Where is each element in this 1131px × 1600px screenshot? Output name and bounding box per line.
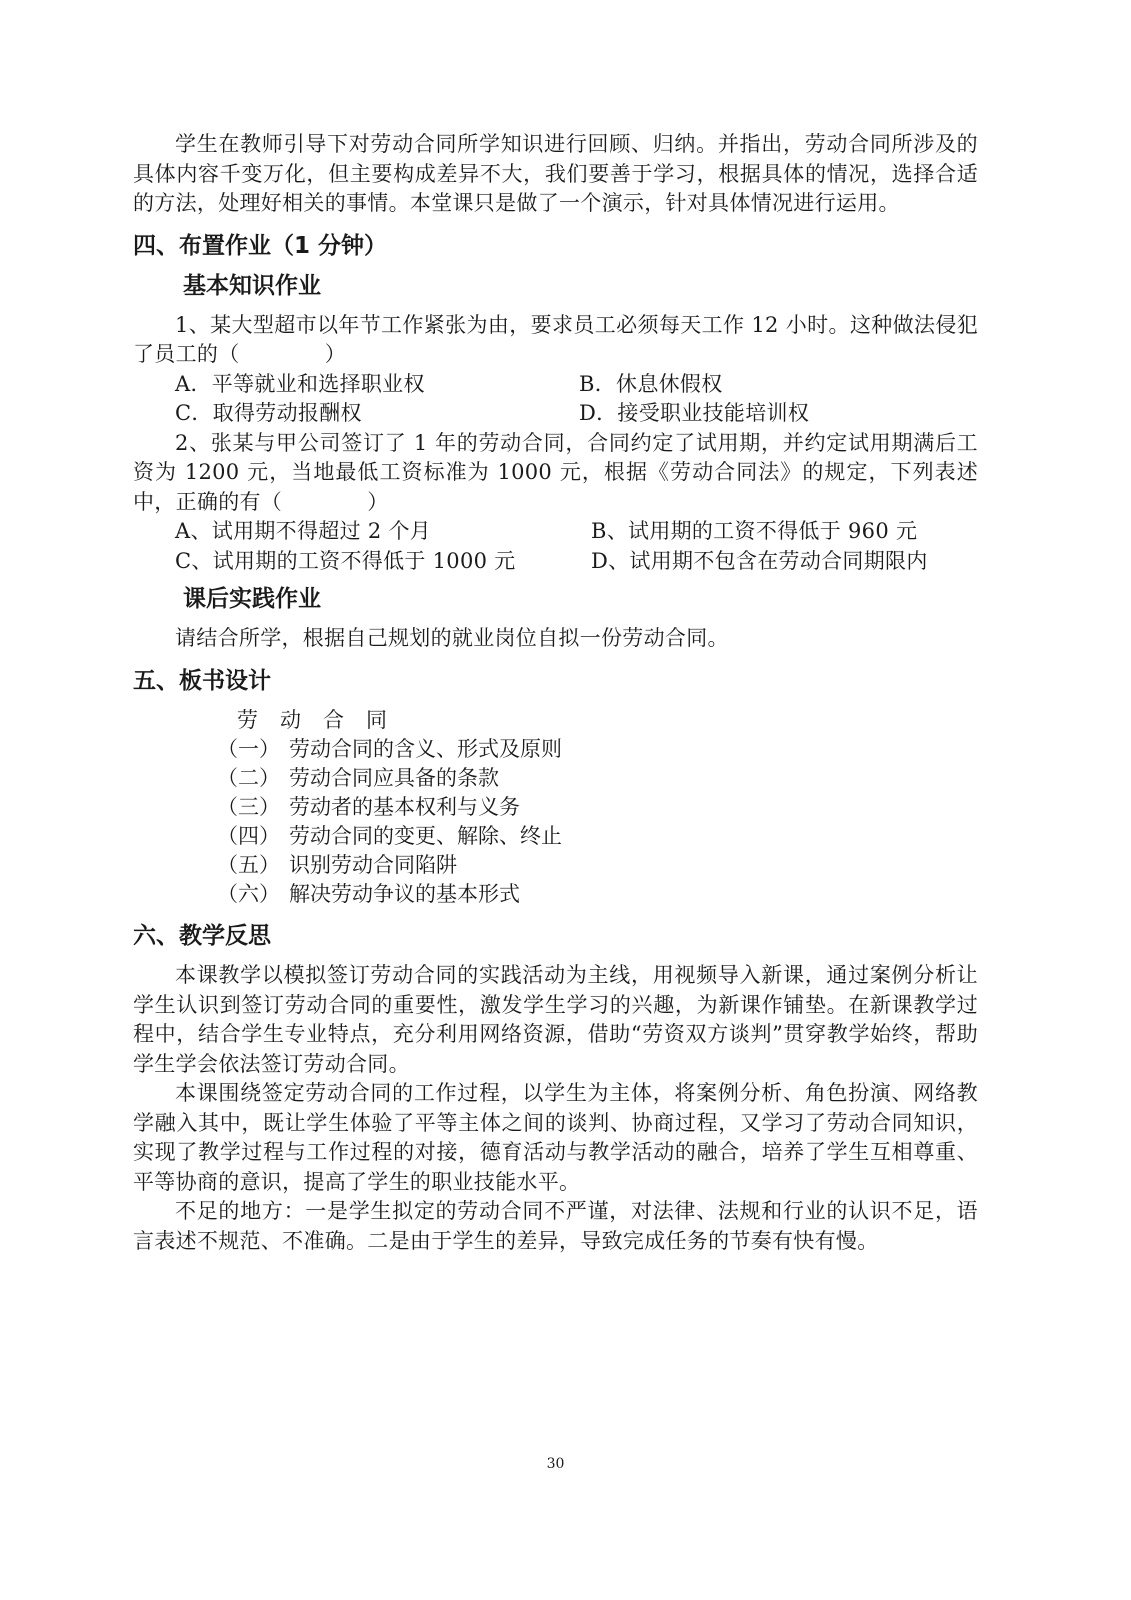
page-number: 30: [0, 1456, 1111, 1472]
board-item-number: （六）: [217, 880, 289, 909]
question-2-option-a: A、试用期不得超过 2 个月: [175, 517, 591, 547]
question-2-options: A、试用期不得超过 2 个月 B、试用期的工资不得低于 960 元 C、试用期的…: [133, 517, 978, 576]
question-2-option-d: D、试用期不包含在劳动合同期限内: [591, 547, 978, 577]
reflection-paragraph-3: 不足的地方：一是学生拟定的劳动合同不严谨，对法律、法规和行业的认识不足，语言表述…: [133, 1197, 978, 1256]
board-item-text: 识别劳动合同陷阱: [289, 851, 457, 880]
board-item-text: 劳动合同的含义、形式及原则: [289, 735, 562, 764]
board-item: （五） 识别劳动合同陷阱: [217, 851, 978, 880]
question-1-option-b: B．休息休假权: [579, 370, 978, 400]
document-page: 学生在教师引导下对劳动合同所学知识进行回顾、归纳。并指出，劳动合同所涉及的具体内…: [133, 130, 978, 1256]
board-item-number: （四）: [217, 822, 289, 851]
board-item-text: 劳动合同的变更、解除、终止: [289, 822, 562, 851]
question-1-option-c: C．取得劳动报酬权: [175, 399, 579, 429]
question-1-options: A．平等就业和选择职业权 B．休息休假权 C．取得劳动报酬权 D．接受职业技能培…: [133, 370, 978, 429]
board-item: （二） 劳动合同应具备的条款: [217, 764, 978, 793]
board-item-text: 解决劳动争议的基本形式: [289, 880, 520, 909]
board-item: （六） 解决劳动争议的基本形式: [217, 880, 978, 909]
section-4-heading: 四、布置作业（1 分钟）: [133, 231, 978, 261]
intro-paragraph: 学生在教师引导下对劳动合同所学知识进行回顾、归纳。并指出，劳动合同所涉及的具体内…: [133, 130, 978, 219]
board-item-text: 劳动者的基本权利与义务: [289, 793, 520, 822]
board-item: （一） 劳动合同的含义、形式及原则: [217, 735, 978, 764]
section-6-heading: 六、教学反思: [133, 921, 978, 951]
board-item-number: （二）: [217, 764, 289, 793]
question-1-option-d: D．接受职业技能培训权: [579, 399, 978, 429]
board-item-text: 劳动合同应具备的条款: [289, 764, 499, 793]
board-title: 劳动合同: [217, 706, 978, 736]
question-1-option-a: A．平等就业和选择职业权: [175, 370, 579, 400]
board-item-number: （三）: [217, 793, 289, 822]
board-item-number: （一）: [217, 735, 289, 764]
board-item-number: （五）: [217, 851, 289, 880]
basic-homework-heading: 基本知识作业: [183, 271, 978, 301]
board-design: 劳动合同 （一） 劳动合同的含义、形式及原则 （二） 劳动合同应具备的条款 （三…: [133, 706, 978, 910]
question-2-stem: 2、张某与甲公司签订了 1 年的劳动合同，合同约定了试用期，并约定试用期满后工资…: [133, 429, 978, 518]
practice-homework-heading: 课后实践作业: [183, 584, 978, 614]
question-1-stem: 1、某大型超市以年节工作紧张为由，要求员工必须每天工作 12 小时。这种做法侵犯…: [133, 311, 978, 370]
practice-homework-text: 请结合所学，根据自己规划的就业岗位自拟一份劳动合同。: [133, 624, 978, 654]
board-item: （四） 劳动合同的变更、解除、终止: [217, 822, 978, 851]
question-2-option-c: C、试用期的工资不得低于 1000 元: [175, 547, 591, 577]
section-5-heading: 五、板书设计: [133, 666, 978, 696]
board-item: （三） 劳动者的基本权利与义务: [217, 793, 978, 822]
question-2-option-b: B、试用期的工资不得低于 960 元: [591, 517, 978, 547]
reflection-paragraph-1: 本课教学以模拟签订劳动合同的实践活动为主线，用视频导入新课，通过案例分析让学生认…: [133, 961, 978, 1079]
reflection-paragraph-2: 本课围绕签定劳动合同的工作过程，以学生为主体，将案例分析、角色扮演、网络教学融入…: [133, 1079, 978, 1197]
